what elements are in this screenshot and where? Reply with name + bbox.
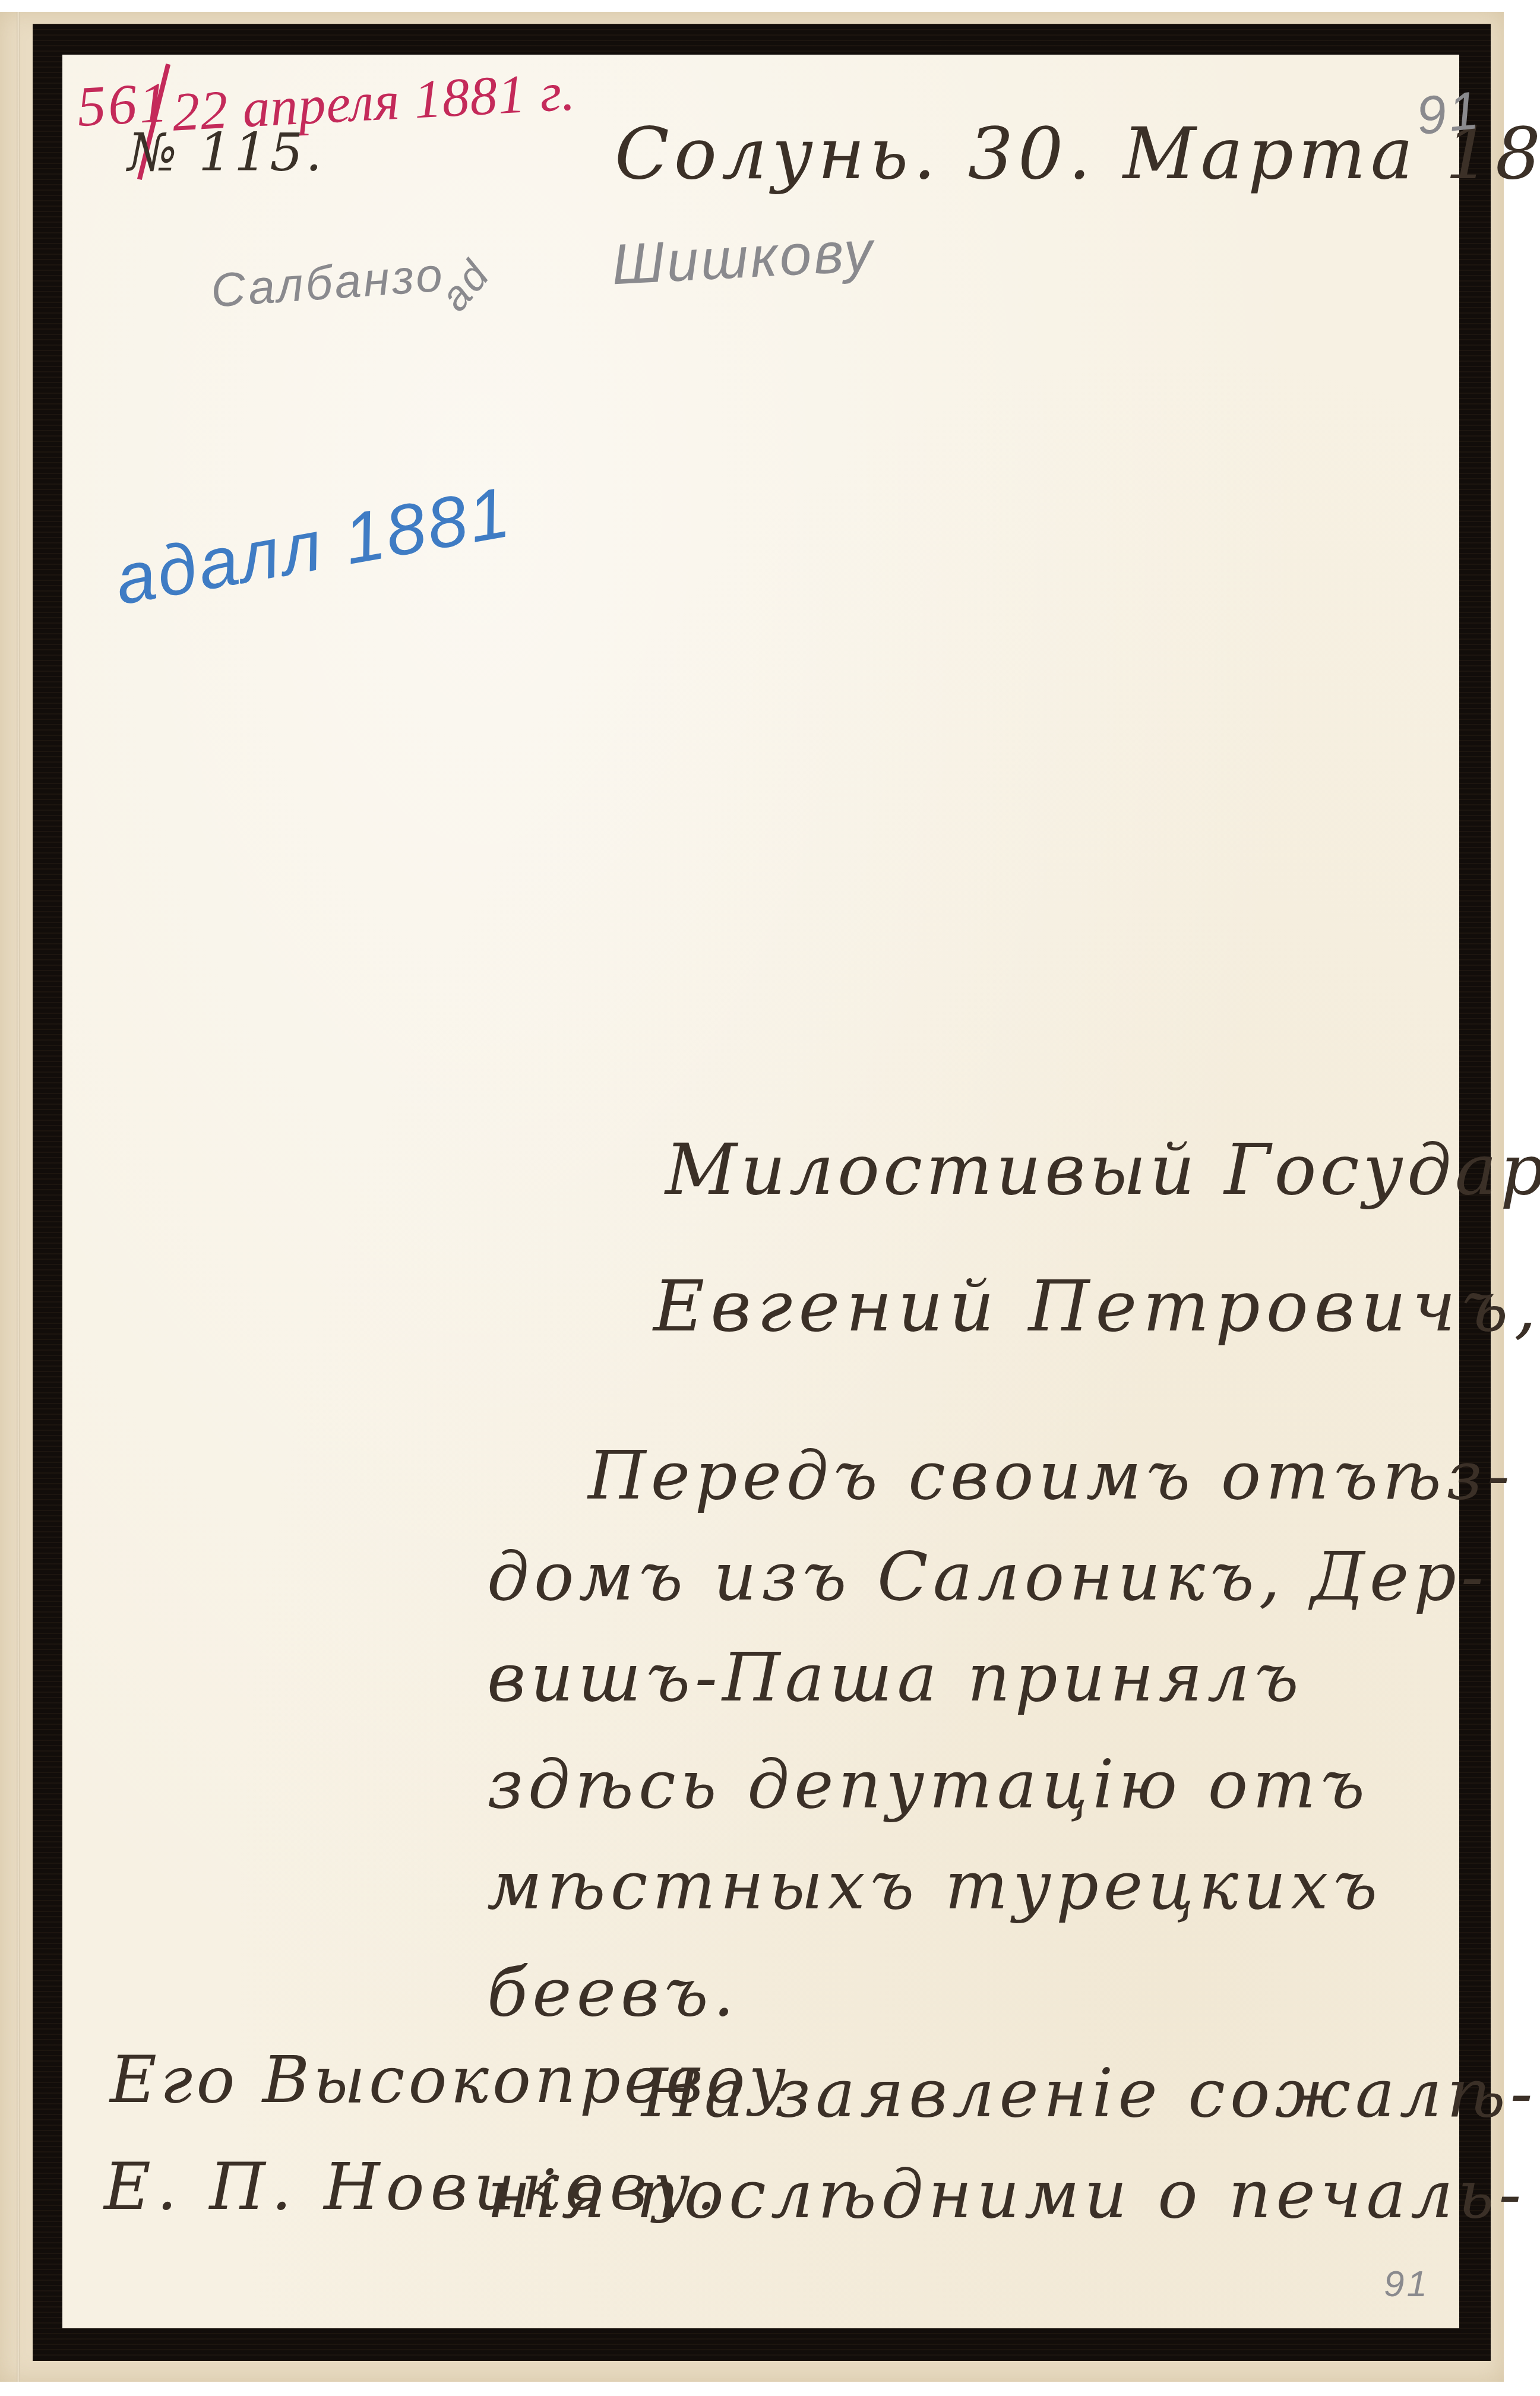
folio-number-top: 91 (1413, 80, 1484, 148)
addressee-name: Е. П. Новикову. (104, 2150, 722, 2224)
body-text-line: Передъ своимъ отъѣз- (588, 1437, 1514, 1515)
body-text-line: мѣстныхъ турецкихъ (487, 1847, 1382, 1924)
body-text-line: здѣсь депутацію отъ (487, 1746, 1370, 1823)
pencil-annotation-recipient: Шишкову (610, 219, 876, 298)
body-text-line: беевъ. (487, 1954, 739, 2031)
outgoing-number: № 115. (128, 122, 324, 183)
salutation-name: Евгений Петровичъ, (653, 1265, 1540, 1347)
salutation-line: Милостивый Государь (665, 1129, 1540, 1210)
body-text-line: домъ изъ Салоникъ, Дер- (487, 1538, 1488, 1616)
place-date-heading: Солунь. 30. Марта 1881 г. (615, 113, 1540, 195)
folio-number-bottom: 91 (1384, 2263, 1430, 2305)
paper-fold-line (17, 12, 20, 2382)
addressee-title: Его Высокопревоу (110, 2043, 789, 2117)
body-text-line: вишъ-Паша принялъ (487, 1639, 1304, 1717)
